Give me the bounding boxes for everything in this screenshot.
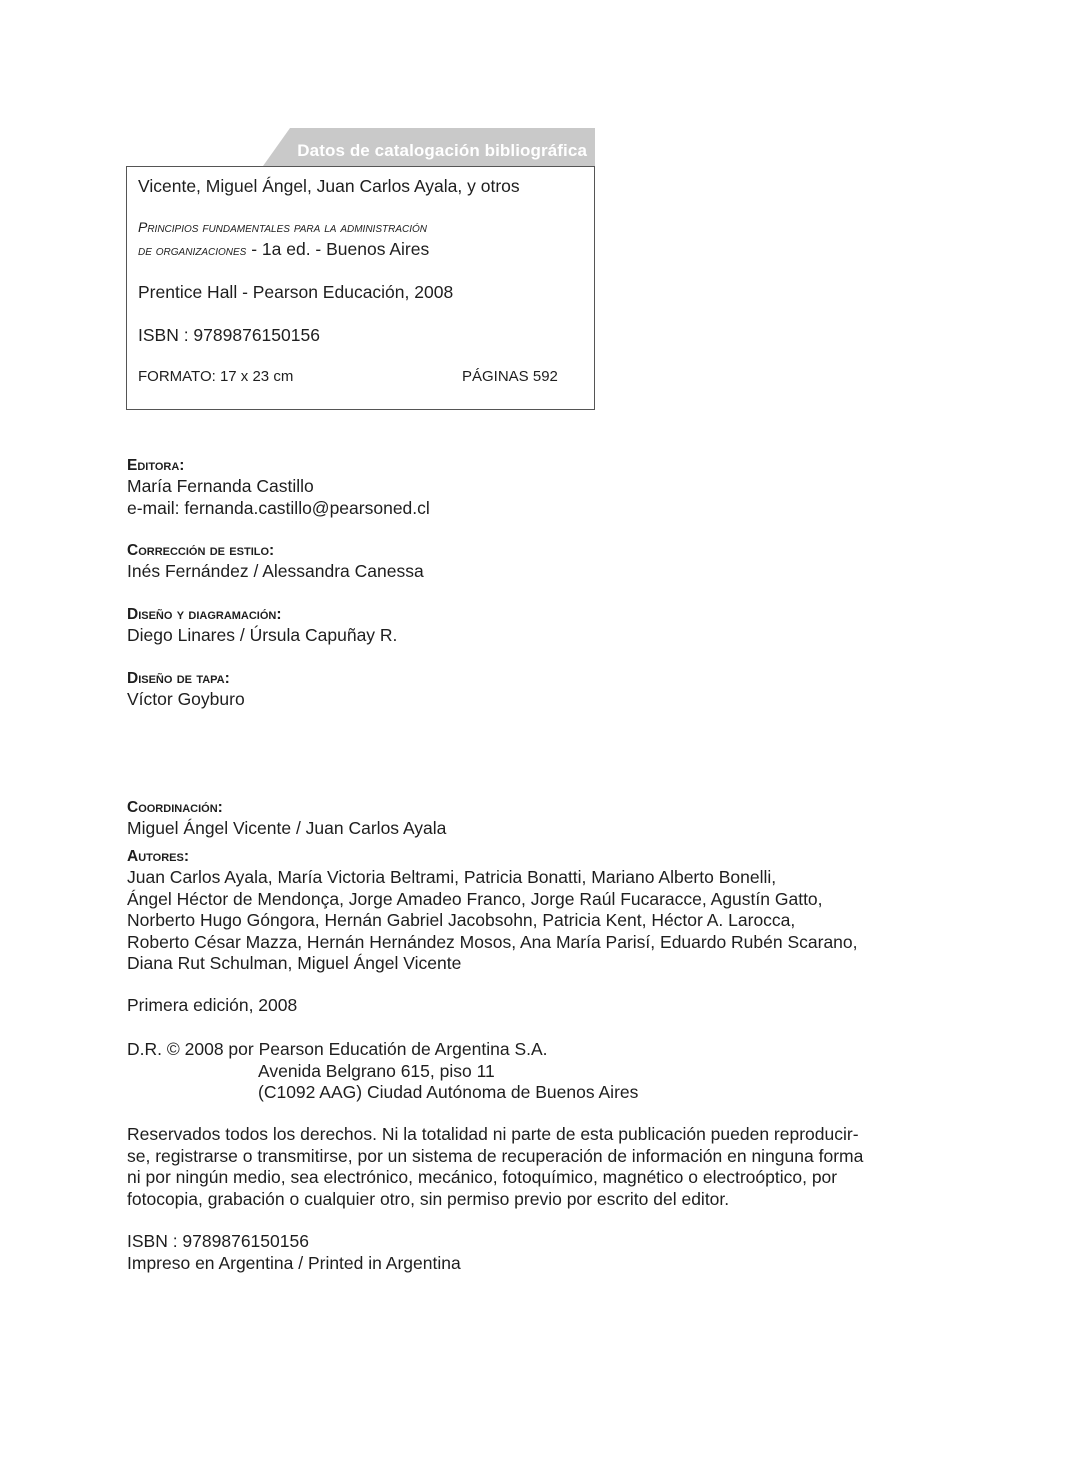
catalog-edition-place: - 1a ed. - Buenos Aires	[246, 239, 429, 259]
authors-line: Juan Carlos Ayala, María Victoria Beltra…	[127, 867, 858, 889]
editor-name: María Fernanda Castillo	[127, 476, 430, 498]
credit-cover-design: Diseño de tapa: Víctor Goyburo	[127, 668, 245, 711]
editor-email: e-mail: fernanda.castillo@pearsoned.cl	[127, 498, 430, 520]
rights-notice: Reservados todos los derechos. Ni la tot…	[127, 1124, 863, 1210]
publisher-city: (C1092 AAG) Ciudad Autónoma de Buenos Ai…	[127, 1082, 638, 1104]
catalog-header-title: Datos de catalogación bibliográfica	[297, 141, 587, 161]
authors-line: Diana Rut Schulman, Miguel Ángel Vicente	[127, 953, 858, 975]
publisher-address: Avenida Belgrano 615, piso 11	[127, 1061, 638, 1083]
credit-value: Víctor Goyburo	[127, 689, 245, 711]
rights-line: Reservados todos los derechos. Ni la tot…	[127, 1124, 863, 1146]
credit-value: Miguel Ángel Vicente / Juan Carlos Ayala	[127, 818, 446, 840]
credit-style-correction: Corrección de estilo: Inés Fernández / A…	[127, 540, 424, 583]
authors-line: Norberto Hugo Góngora, Hernán Gabriel Ja…	[127, 910, 858, 932]
copyright-block: D.R. © 2008 por Pearson Educatión de Arg…	[127, 1039, 638, 1104]
catalog-header-tab: Datos de catalogación bibliográfica	[263, 128, 595, 166]
credit-design-layout: Diseño y diagramación: Diego Linares / Ú…	[127, 604, 397, 647]
catalog-title-line2: de organizaciones - 1a ed. - Buenos Aire…	[138, 239, 429, 260]
credit-authors: Autores: Juan Carlos Ayala, María Victor…	[127, 846, 858, 975]
catalog-title-line1: Principios fundamentales para la adminis…	[138, 219, 427, 235]
rights-line: fotocopia, grabación o cualquier otro, s…	[127, 1189, 863, 1211]
copyright-line: D.R. © 2008 por Pearson Educatión de Arg…	[127, 1039, 638, 1061]
printed-in: Impreso en Argentina / Printed in Argent…	[127, 1253, 461, 1275]
credit-label: Diseño de tapa:	[127, 668, 245, 689]
credit-label: Coordinación:	[127, 797, 446, 818]
catalog-authors: Vicente, Miguel Ángel, Juan Carlos Ayala…	[138, 176, 520, 197]
credit-coordination: Coordinación: Miguel Ángel Vicente / Jua…	[127, 797, 446, 840]
edition-statement: Primera edición, 2008	[127, 995, 297, 1017]
credit-label: Corrección de estilo:	[127, 540, 424, 561]
authors-line: Roberto César Mazza, Hernán Hernández Mo…	[127, 932, 858, 954]
rights-line: se, registrarse o transmitirse, por un s…	[127, 1146, 863, 1168]
authors-line: Ángel Héctor de Mendonça, Jorge Amadeo F…	[127, 889, 858, 911]
catalog-title-line2-caps: de organizaciones	[138, 242, 246, 258]
credit-label: Autores:	[127, 846, 858, 867]
catalog-pages: PÁGINAS 592	[462, 368, 558, 385]
footer-block: ISBN : 9789876150156 Impreso en Argentin…	[127, 1231, 461, 1274]
credit-value: Inés Fernández / Alessandra Canessa	[127, 561, 424, 583]
credit-label: Diseño y diagramación:	[127, 604, 397, 625]
catalog-publisher: Prentice Hall - Pearson Educación, 2008	[138, 282, 453, 303]
rights-line: ni por ningún medio, sea electrónico, me…	[127, 1167, 863, 1189]
credit-label: Editora:	[127, 455, 430, 476]
credit-value: Diego Linares / Úrsula Capuñay R.	[127, 625, 397, 647]
catalog-isbn: ISBN : 9789876150156	[138, 325, 320, 346]
catalog-format: FORMATO: 17 x 23 cm	[138, 368, 293, 385]
footer-isbn: ISBN : 9789876150156	[127, 1231, 461, 1253]
credit-editor: Editora: María Fernanda Castillo e-mail:…	[127, 455, 430, 519]
catalog-record-box: Vicente, Miguel Ángel, Juan Carlos Ayala…	[126, 166, 595, 410]
